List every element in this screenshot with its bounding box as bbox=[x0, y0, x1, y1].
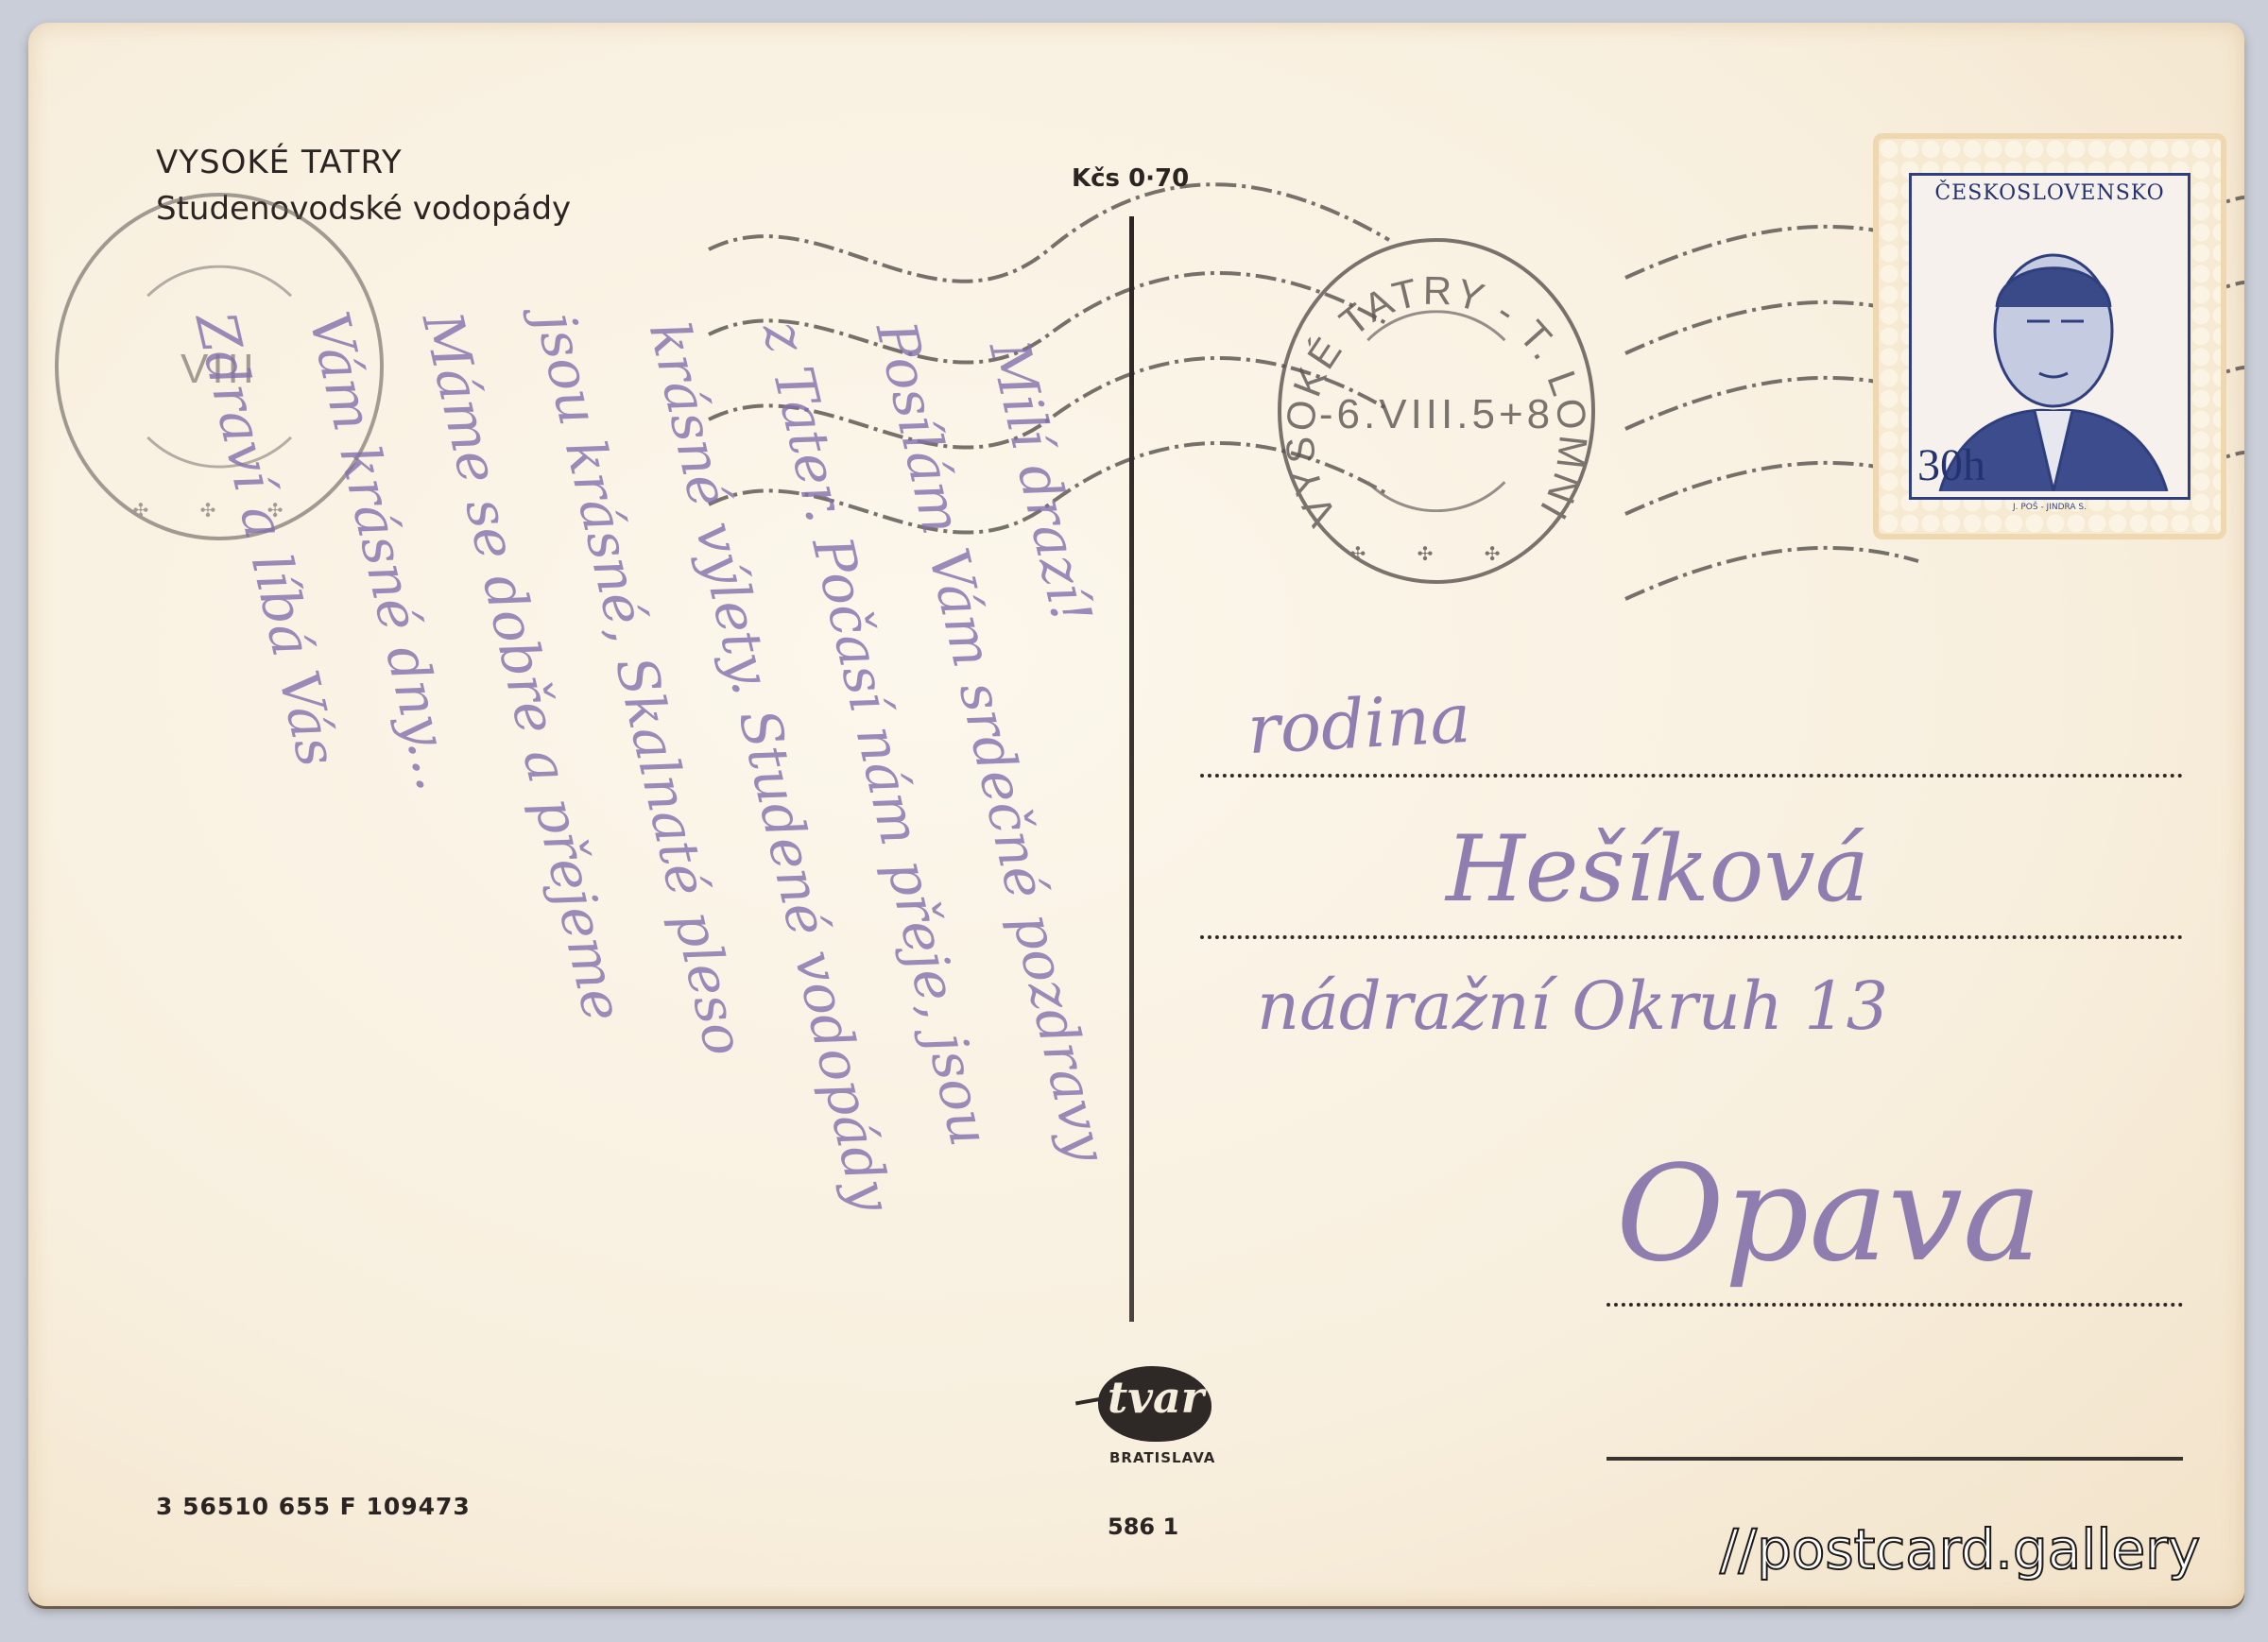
stamp-frame: ČESKOSLOVENSKO 30h J. POŠ - JINDRA S. bbox=[1909, 173, 2191, 500]
recipient-line-1: rodina bbox=[1246, 678, 1472, 769]
recipient-name: Hešíková bbox=[1446, 816, 1869, 922]
handwritten-message: Milí drazí! Posílám Vám srdečné pozdravy… bbox=[113, 306, 1115, 1534]
catalog-number: 586 1 bbox=[1108, 1514, 1178, 1540]
publisher-logo: tvar BRATISLAVA bbox=[1075, 1351, 1246, 1493]
watermark: //postcard.gallery bbox=[1720, 1517, 2200, 1582]
postmark-right: VYSOKÉ TATRY - T. LOMNICA -6.VIII.5+8 ✣ … bbox=[1278, 238, 1595, 584]
postcard-back: VYSOKÉ TATRY Studenovodské vodopády Kčs … bbox=[28, 23, 2244, 1606]
stamp-country: ČESKOSLOVENSKO bbox=[1912, 181, 2188, 205]
address-line-3 bbox=[1606, 1303, 2183, 1307]
stamp-value: 30h bbox=[1917, 439, 1985, 491]
postage-stamp: ČESKOSLOVENSKO 30h J. POŠ - JINDRA S. bbox=[1879, 139, 2221, 534]
recipient-city: Opava bbox=[1616, 1137, 2041, 1291]
serial-number: 3 56510 655 F 109473 bbox=[156, 1493, 471, 1520]
stamp-credit: J. POŠ - JINDRA S. bbox=[1912, 503, 2188, 512]
address-line-4 bbox=[1606, 1457, 2183, 1461]
card-title: VYSOKÉ TATRY bbox=[156, 144, 403, 181]
center-divider bbox=[1129, 216, 1134, 1322]
publisher-city: BRATISLAVA bbox=[1109, 1449, 1215, 1466]
price-label: Kčs 0·70 bbox=[1072, 164, 1189, 193]
recipient-street: nádražní Okruh 13 bbox=[1257, 967, 1888, 1045]
address-line-2 bbox=[1200, 935, 2183, 939]
message-line: Milí drazí! bbox=[977, 334, 1105, 630]
postmark-stars: ✣ ✣ ✣ bbox=[1281, 542, 1591, 565]
publisher-name: tvar bbox=[1108, 1372, 1204, 1423]
postmark-date: -6.VIII.5+8 bbox=[1281, 391, 1591, 438]
address-line-1 bbox=[1200, 774, 2183, 778]
